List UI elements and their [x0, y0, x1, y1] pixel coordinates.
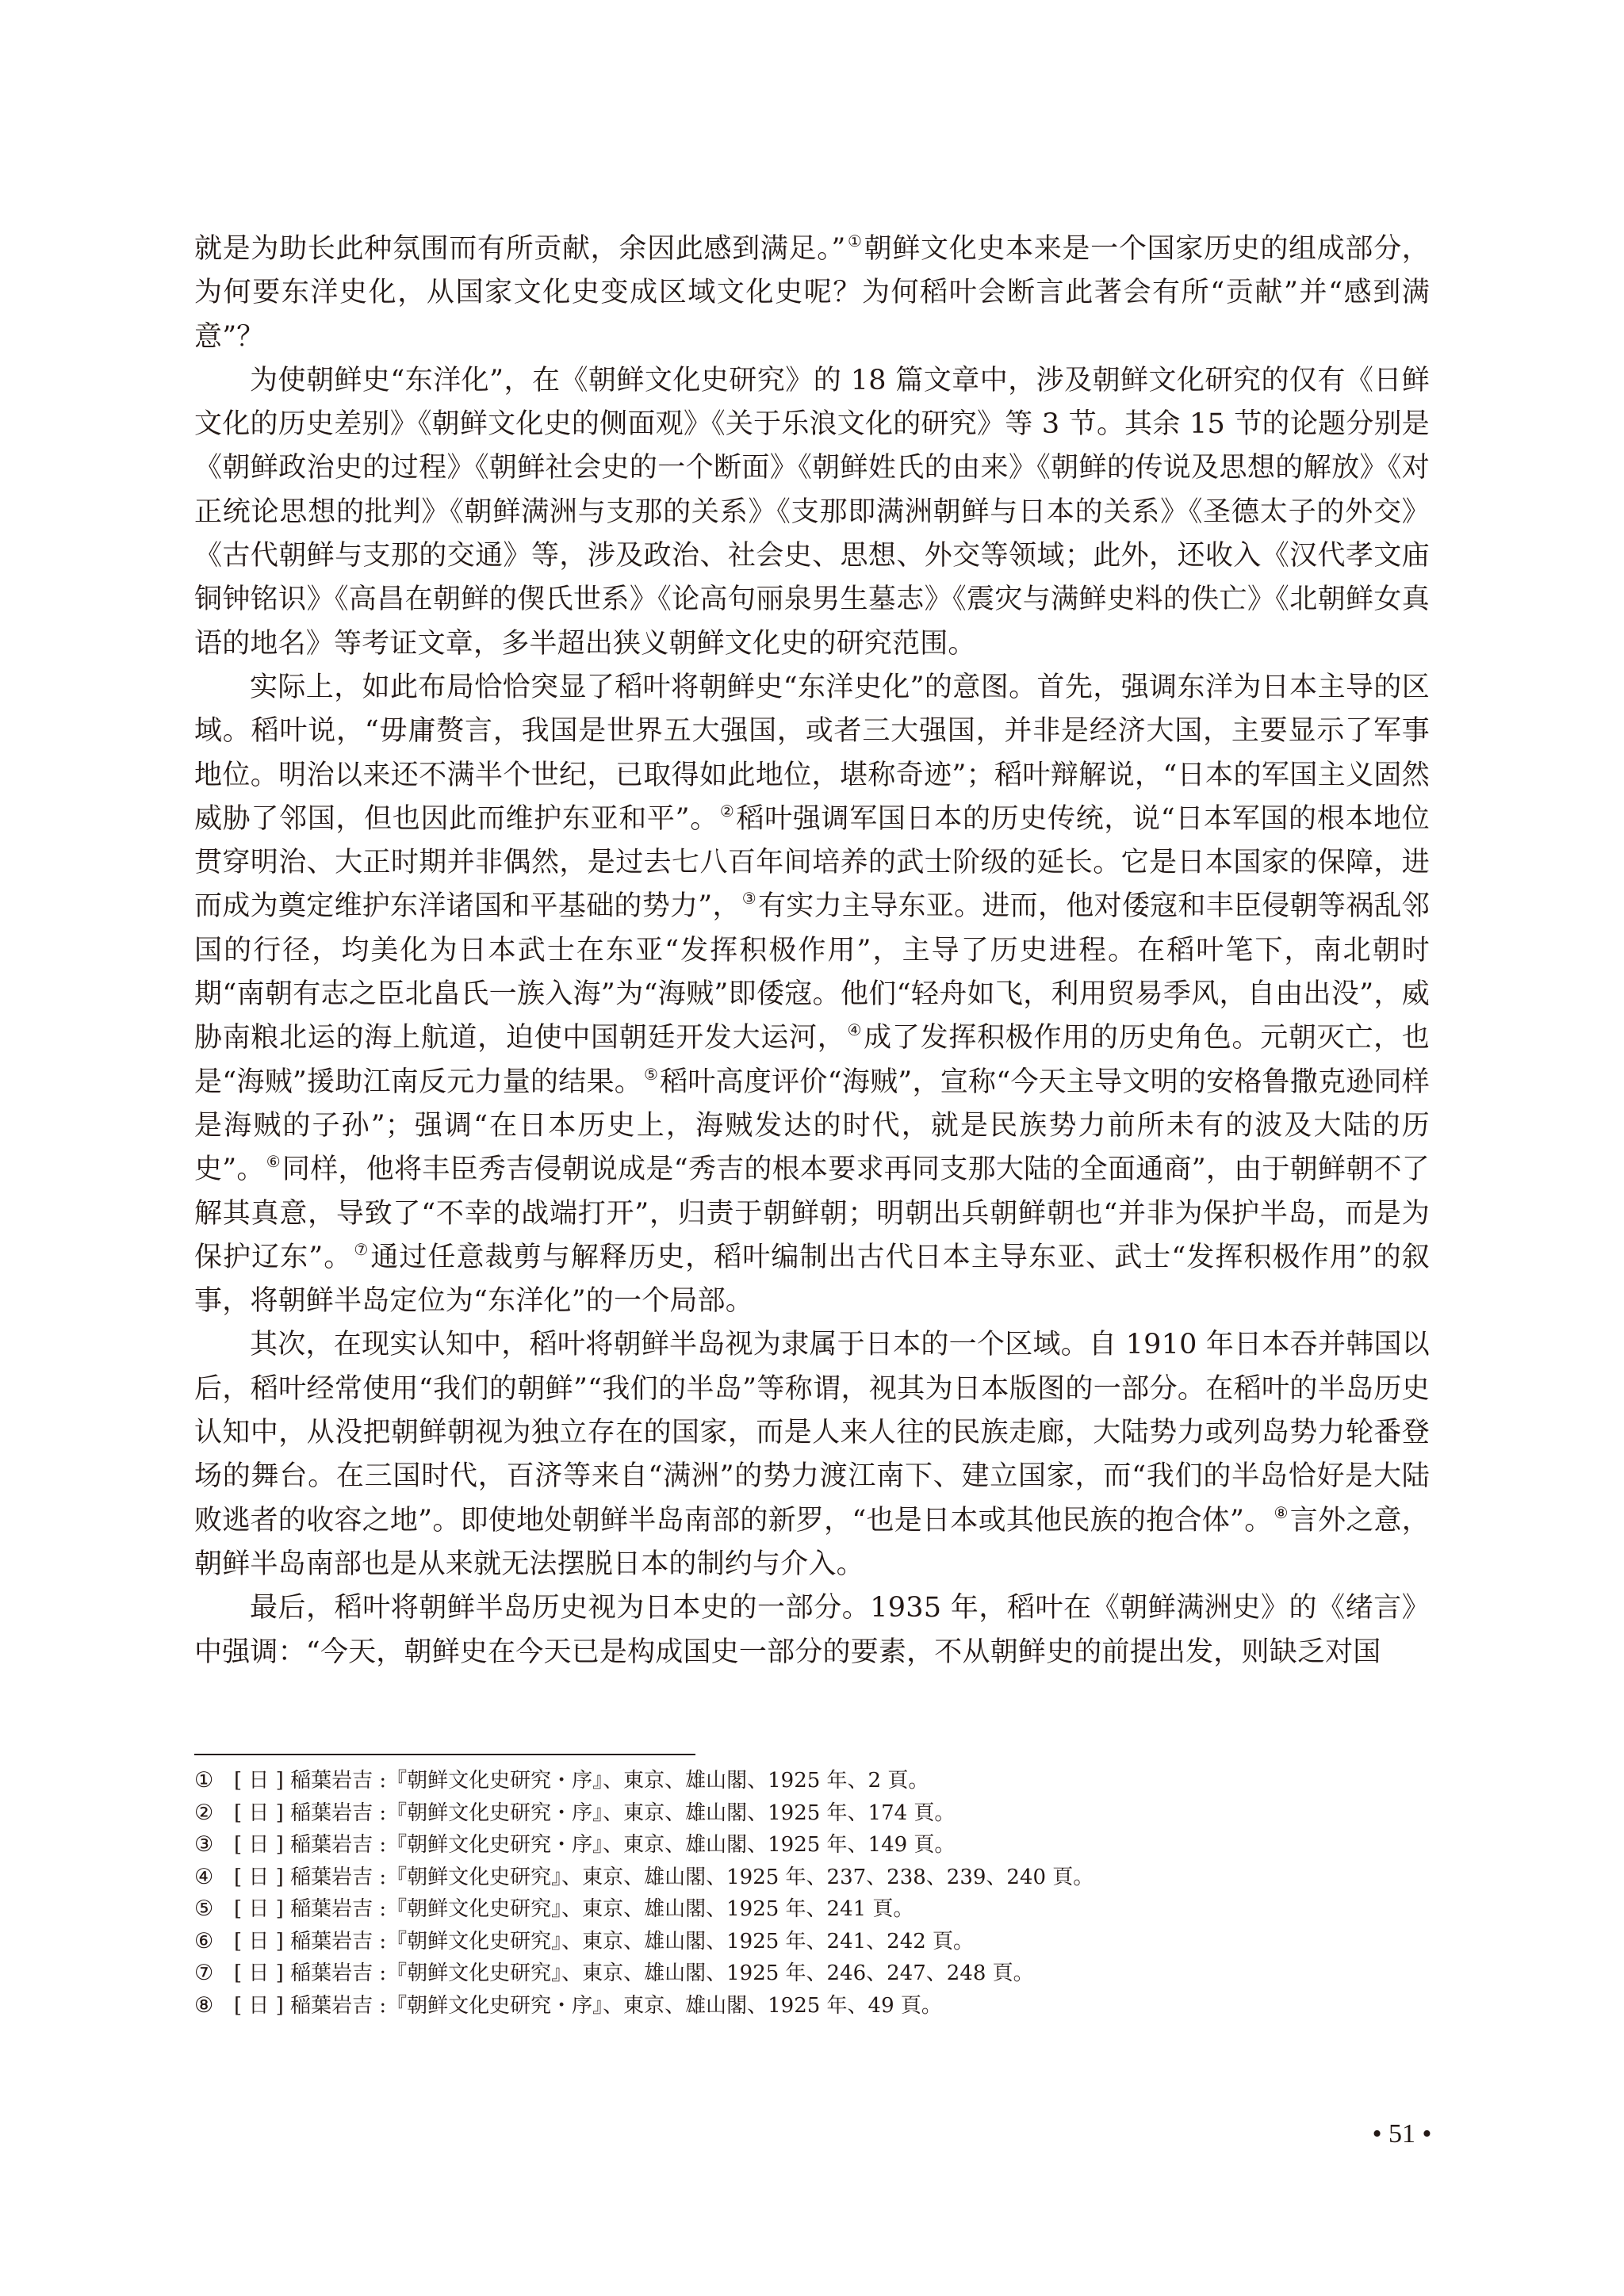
paragraph-text: 其次，在现实认知中，稻叶将朝鲜半岛视为隶属于日本的一个区域。自 1910 年日本… [194, 1329, 1430, 1536]
footnote-mark: ② [194, 1797, 234, 1830]
footnote-ref-4[interactable]: ④ [848, 1020, 863, 1039]
footnote-1: ① [ 日 ] 稲葉岩吉 :『朝鲜文化史研究・序』、東京、雄山閣、1925 年、… [194, 1765, 1384, 1797]
page-number: • 51 • [1370, 2118, 1434, 2150]
document-page: 就是为助长此种氛围而有所贡献，余因此感到满足。”①朝鲜文化史本来是一个国家历史的… [0, 0, 1624, 2296]
paragraph-4: 其次，在现实认知中，稻叶将朝鲜半岛视为隶属于日本的一个区域。自 1910 年日本… [194, 1323, 1430, 1586]
paragraph-2: 为使朝鲜史“东洋化”，在《朝鲜文化史研究》的 18 篇文章中，涉及朝鲜文化研究的… [194, 359, 1430, 666]
footnote-4: ④ [ 日 ] 稲葉岩吉 :『朝鲜文化史研究』、東京、雄山閣、1925 年、23… [194, 1862, 1384, 1894]
footnote-text: [ 日 ] 稲葉岩吉 :『朝鲜文化史研究』、東京、雄山閣、1925 年、237、… [234, 1862, 1094, 1894]
footnote-ref-5[interactable]: ⑤ [644, 1065, 658, 1084]
footnote-mark: ⑦ [194, 1957, 234, 1990]
footnote-ref-2[interactable]: ② [720, 802, 735, 821]
footnote-2: ② [ 日 ] 稲葉岩吉 :『朝鲜文化史研究・序』、東京、雄山閣、1925 年、… [194, 1797, 1384, 1830]
footnote-mark: ⑧ [194, 1990, 234, 2022]
footnote-ref-8[interactable]: ⑧ [1274, 1503, 1289, 1522]
footnote-text: [ 日 ] 稲葉岩吉 :『朝鲜文化史研究・序』、東京、雄山閣、1925 年、2 … [234, 1765, 929, 1797]
footnote-ref-3[interactable]: ③ [742, 889, 756, 908]
footnote-ref-1[interactable]: ① [848, 232, 863, 251]
footnote-text: [ 日 ] 稲葉岩吉 :『朝鲜文化史研究』、東京、雄山閣、1925 年、241、… [234, 1926, 974, 1958]
footnote-text: [ 日 ] 稲葉岩吉 :『朝鲜文化史研究・序』、東京、雄山閣、1925 年、17… [234, 1797, 955, 1830]
paragraph-3: 实际上，如此布局恰恰突显了稻叶将朝鲜史“东洋史化”的意图。首先，强调东洋为日本主… [194, 666, 1430, 1323]
footnote-text: [ 日 ] 稲葉岩吉 :『朝鲜文化史研究・序』、東京、雄山閣、1925 年、14… [234, 1829, 955, 1862]
paragraph-text: 就是为助长此种氛围而有所贡献，余因此感到满足。” [194, 233, 846, 265]
footnote-divider [194, 1754, 695, 1755]
footnote-text: [ 日 ] 稲葉岩吉 :『朝鲜文化史研究』、東京、雄山閣、1925 年、246、… [234, 1957, 1034, 1990]
footnote-6: ⑥ [ 日 ] 稲葉岩吉 :『朝鲜文化史研究』、東京、雄山閣、1925 年、24… [194, 1926, 1384, 1958]
footnote-mark: ⑤ [194, 1893, 234, 1926]
footnote-7: ⑦ [ 日 ] 稲葉岩吉 :『朝鲜文化史研究』、東京、雄山閣、1925 年、24… [194, 1957, 1384, 1990]
footnote-8: ⑧ [ 日 ] 稲葉岩吉 :『朝鲜文化史研究・序』、東京、雄山閣、1925 年、… [194, 1990, 1384, 2022]
footnote-5: ⑤ [ 日 ] 稲葉岩吉 :『朝鲜文化史研究』、東京、雄山閣、1925 年、24… [194, 1893, 1384, 1926]
footnote-ref-6[interactable]: ⑥ [266, 1152, 281, 1171]
paragraph-text: 通过任意裁剪与解释历史，稻叶编制出古代日本主导东亚、武士“发挥积极作用”的叙事，… [194, 1242, 1430, 1317]
body-text: 就是为助长此种氛围而有所贡献，余因此感到满足。”①朝鲜文化史本来是一个国家历史的… [194, 228, 1430, 1674]
paragraph-5: 最后，稻叶将朝鲜半岛历史视为日本史的一部分。1935 年，稻叶在《朝鲜满洲史》的… [194, 1586, 1430, 1674]
paragraph-text: 为使朝鲜史“东洋化”，在《朝鲜文化史研究》的 18 篇文章中，涉及朝鲜文化研究的… [194, 365, 1430, 660]
paragraph-1: 就是为助长此种氛围而有所贡献，余因此感到满足。”①朝鲜文化史本来是一个国家历史的… [194, 228, 1430, 359]
footnote-text: [ 日 ] 稲葉岩吉 :『朝鲜文化史研究』、東京、雄山閣、1925 年、241 … [234, 1893, 913, 1926]
footnote-mark: ⑥ [194, 1926, 234, 1958]
footnote-mark: ③ [194, 1829, 234, 1862]
footnote-text: [ 日 ] 稲葉岩吉 :『朝鲜文化史研究・序』、東京、雄山閣、1925 年、49… [234, 1990, 942, 2022]
footnote-mark: ④ [194, 1862, 234, 1894]
footnote-ref-7[interactable]: ⑦ [354, 1240, 369, 1259]
footnotes-list: ① [ 日 ] 稲葉岩吉 :『朝鲜文化史研究・序』、東京、雄山閣、1925 年、… [194, 1765, 1384, 2022]
footnote-3: ③ [ 日 ] 稲葉岩吉 :『朝鲜文化史研究・序』、東京、雄山閣、1925 年、… [194, 1829, 1384, 1862]
paragraph-text: 最后，稻叶将朝鲜半岛历史视为日本史的一部分。1935 年，稻叶在《朝鲜满洲史》的… [194, 1592, 1430, 1667]
footnote-mark: ① [194, 1765, 234, 1797]
